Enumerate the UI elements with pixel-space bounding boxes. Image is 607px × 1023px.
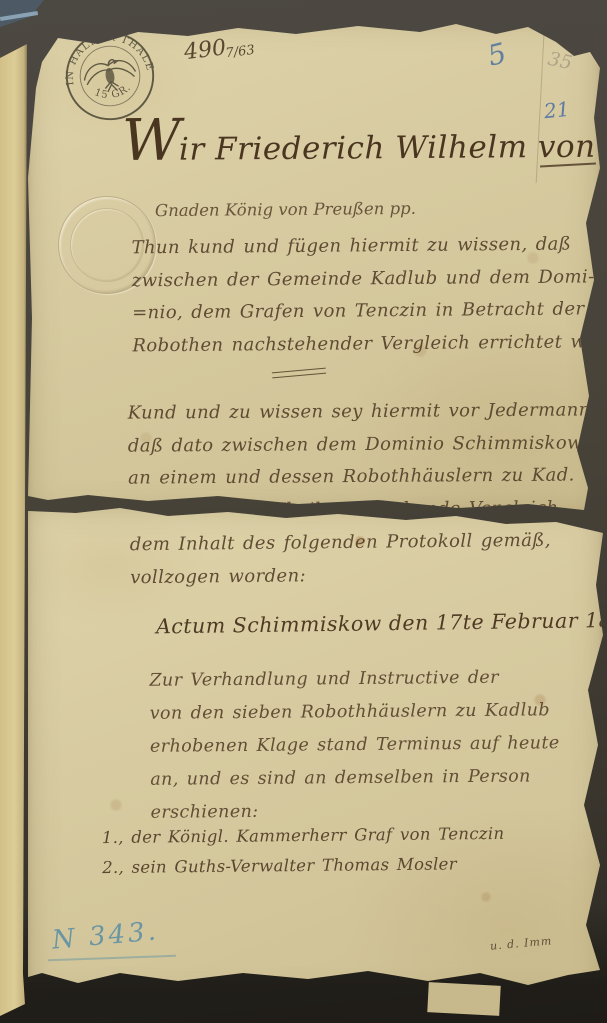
manuscript-line: 2., sein Guths-Verwalter Thomas Mosler — [102, 849, 505, 883]
paragraph-declaration: Kund und zu wissen sey hiermit vor Jeder… — [128, 394, 598, 527]
manuscript-line: Robothen nachstehender Vergleich erricht… — [132, 325, 607, 362]
manuscript-line: =nio, dem Grafen von Tenczin in Betracht… — [132, 293, 607, 330]
paragraph-continuation: dem Inhalt des folgenden Protokoll gemäß… — [130, 525, 552, 594]
manuscript-line: Zur Verhandlung und Instructive der — [149, 661, 559, 698]
archive-number-underline — [48, 955, 176, 961]
pencil-number: 35 — [546, 48, 574, 75]
manuscript-line: daß dato zwischen dem Dominio Schimmisko… — [128, 427, 597, 463]
paragraph-preamble: Thun kund und fügen hiermit zu wissen, d… — [131, 228, 607, 363]
stamp-ring-text: EIN HALBER THALER — [54, 20, 155, 87]
document-subheading: Gnaden König von Preußen pp. — [155, 199, 416, 220]
manuscript-line: Thun kund und fügen hiermit zu wissen, d… — [131, 228, 607, 265]
fee-number-main: 490 — [183, 35, 228, 65]
svg-text:EIN HALBER THALER: EIN HALBER THALER — [54, 20, 155, 87]
attendee-list: 1., der Königl. Kammerherr Graf von Tenc… — [102, 819, 505, 883]
manuscript-line: dem Inhalt des folgenden Protokoll gemäß… — [130, 525, 551, 562]
section-divider — [272, 368, 326, 379]
manuscript-line: erhobenen Klage stand Terminus auf heute — [150, 727, 560, 764]
marginal-scribble: u. d. Imm — [490, 934, 553, 952]
actum-dateline: Actum Schimmiskow den 17te Februar 1803. — [156, 608, 607, 639]
manuscript-line: vollzogen worden: — [130, 557, 551, 594]
manuscript-line: Kund und zu wissen sey hiermit vor Jeder… — [128, 394, 597, 430]
stamp-denomination: 15 GR. — [91, 81, 135, 104]
underlying-paper-wedge — [427, 982, 500, 1016]
manuscript-line: von den sieben Robothhäuslern zu Kadlub — [150, 694, 560, 731]
fee-number-fraction: 7/63 — [225, 43, 256, 61]
archive-number: N 343. — [51, 916, 160, 955]
manuscript-line: 1., der Königl. Kammerherr Graf von Tenc… — [102, 819, 505, 853]
document-heading: Wir Friederich Wilhelm von Gottes — [122, 108, 607, 179]
manuscript-line: an einem und dessen Robothhäuslern zu Ka… — [128, 459, 597, 495]
page-number-blue: 5 — [484, 36, 509, 72]
fee-number: 4907/63 — [183, 32, 257, 65]
paragraph-proceedings: Zur Verhandlung und Instructive dervon d… — [149, 661, 560, 830]
underlying-page-edge — [0, 44, 27, 1019]
manuscript-line: an, und es sind an demselben in Person — [150, 760, 560, 797]
paper-sheet-top: EIN HALBER THALER 15 GR. 4907/63 5 35 21… — [28, 18, 600, 514]
document-scan: EIN HALBER THALER 15 GR. 4907/63 5 35 21… — [0, 0, 607, 1023]
manuscript-line: zwischen der Gemeinde Kadlub und dem Dom… — [132, 260, 607, 297]
svg-text:15 GR.: 15 GR. — [91, 81, 135, 104]
paper-sheet-bottom: dem Inhalt des folgenden Protokoll gemäß… — [28, 505, 603, 1000]
